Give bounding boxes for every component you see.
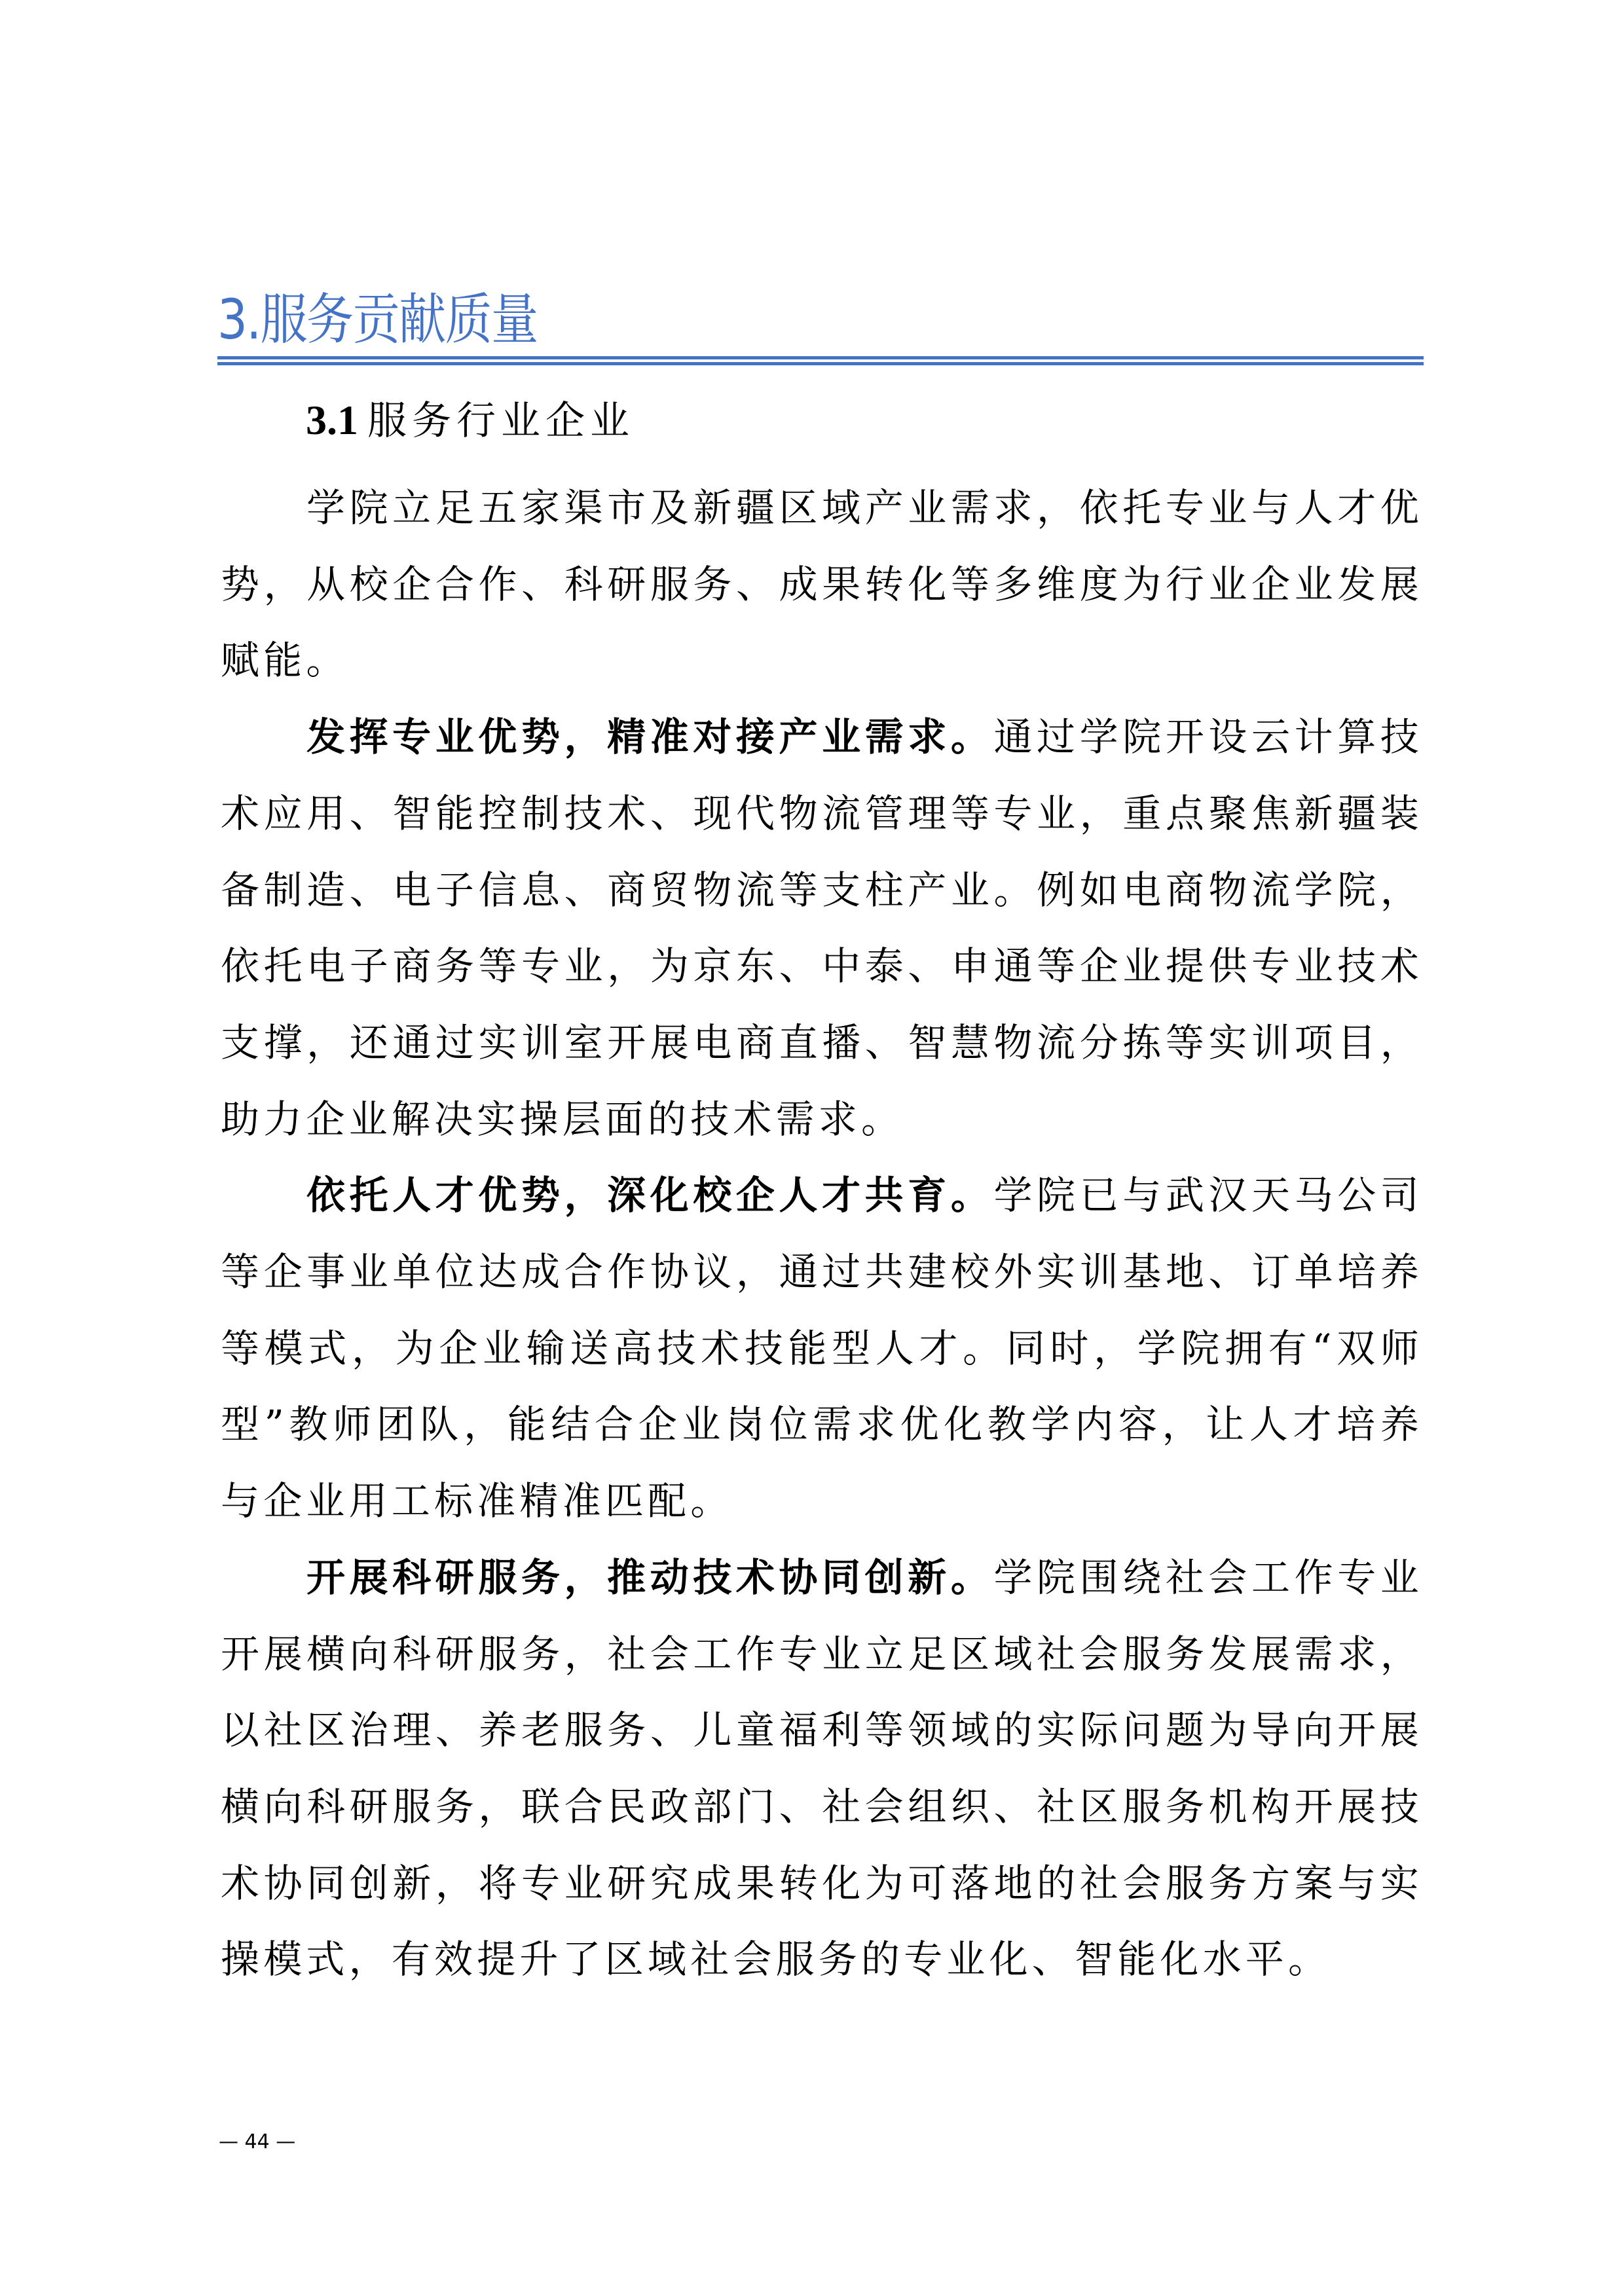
section-number: 3.1 [306, 397, 358, 443]
heading-rule-bottom [217, 362, 1424, 365]
section-heading: 3.1服务行业企业 [306, 394, 635, 447]
paragraph-lead: 开展科研服务，推动技术协同创新。 [306, 1555, 993, 1600]
paragraph-text: 学院立足五家渠市及新疆区域产业需求，依托专业与人才优势，从校企合作、科研服务、成… [221, 485, 1423, 683]
section-title: 服务行业企业 [367, 398, 635, 444]
paragraph-research-service: 开展科研服务，推动技术协同创新。学院围绕社会工作专业开展横向科研服务，社会工作专… [221, 1540, 1423, 1998]
page-number: — 44 — [219, 2129, 295, 2155]
heading-rule-top [217, 356, 1424, 359]
paragraph-text: 学院已与武汉天马公司等企事业单位达成合作协议，通过共建校外实训基地、订单培养等模… [221, 1173, 1423, 1523]
paragraph-lead: 发挥专业优势，精准对接产业需求。 [306, 714, 993, 759]
document-page: 3.服务贡献质量 3.1服务行业企业 学院立足五家渠市及新疆区域产业需求，依托专… [0, 0, 1624, 2296]
paragraph-text: 通过学院开设云计算技术应用、智能控制技术、现代物流管理等专业，重点聚焦新疆装备制… [221, 714, 1423, 1142]
chapter-title: 3.服务贡献质量 [217, 283, 538, 356]
paragraph-talent-advantage: 依托人才优势，深化校企人才共育。学院已与武汉天马公司等企事业单位达成合作协议，通… [221, 1157, 1423, 1540]
chapter-heading: 3.服务贡献质量 [217, 283, 1424, 368]
paragraph-professional-advantage: 发挥专业优势，精准对接产业需求。通过学院开设云计算技术应用、智能控制技术、现代物… [221, 699, 1423, 1157]
body-text: 学院立足五家渠市及新疆区域产业需求，依托专业与人才优势，从校企合作、科研服务、成… [221, 470, 1423, 1998]
paragraph-lead: 依托人才优势，深化校企人才共育。 [306, 1173, 993, 1218]
paragraph-intro: 学院立足五家渠市及新疆区域产业需求，依托专业与人才优势，从校企合作、科研服务、成… [221, 470, 1423, 699]
paragraph-text: 学院围绕社会工作专业开展横向科研服务，社会工作专业立足区域社会服务发展需求，以社… [221, 1555, 1423, 1982]
